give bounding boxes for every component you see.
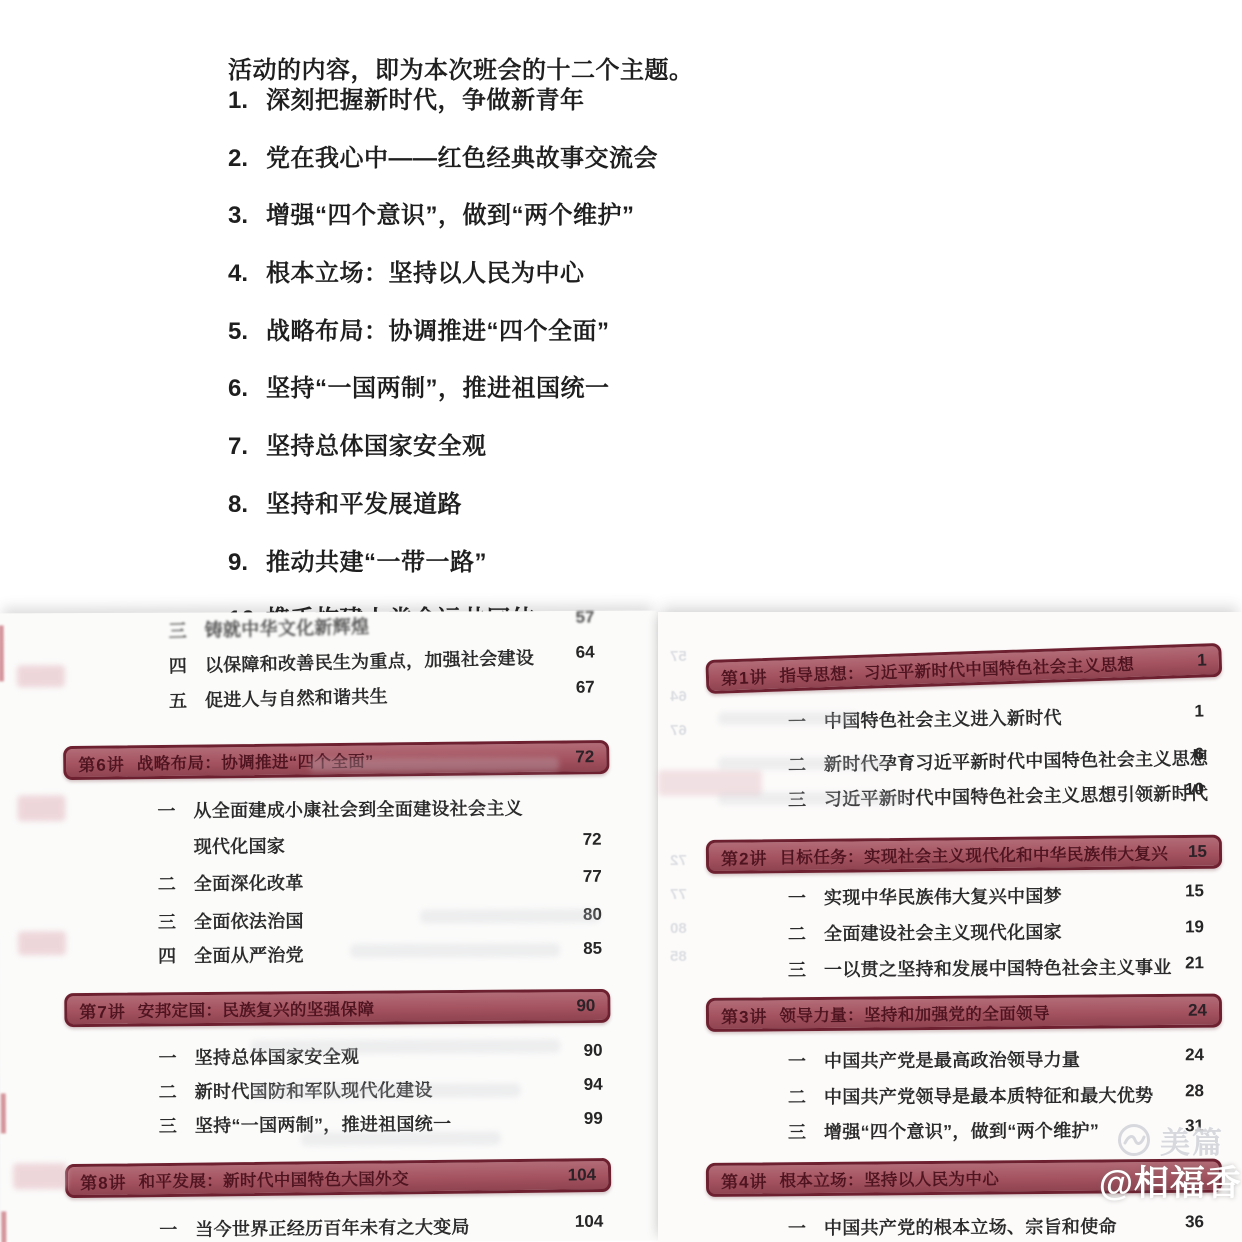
section-title: 和平发展：新时代中国特色大国外交 bbox=[138, 1165, 409, 1192]
smudge bbox=[420, 909, 600, 924]
entry-page-number: 72 bbox=[583, 830, 602, 850]
smudge bbox=[350, 943, 560, 958]
topic-text: 深刻把握新时代，争做新青年 bbox=[266, 86, 585, 116]
topic-number: 2. bbox=[228, 144, 266, 174]
topic-row: 5.战略布局：协调推进“四个全面” bbox=[0, 317, 1242, 375]
topic-number: 3. bbox=[228, 201, 266, 231]
topic-row: 8.坚持和平发展道路 bbox=[0, 490, 1242, 548]
entry-text: 中国共产党领导是最本质特征和最大优势 bbox=[824, 1081, 1154, 1109]
bleed-number: 77 bbox=[670, 886, 687, 903]
toc-entry-row: 三一以贯之坚持和发展中国特色社会主义事业21 bbox=[658, 953, 1242, 987]
pink-bleed-band bbox=[13, 1163, 67, 1189]
entry-page-number: 15 bbox=[1185, 881, 1204, 901]
toc-entry-row: 一中国共产党的根本立场、宗旨和使命36 bbox=[658, 1212, 1242, 1242]
toc-entry-row: 现代化国家72 bbox=[0, 829, 658, 864]
section-page-number: 24 bbox=[1188, 1001, 1207, 1021]
section-page-number: 72 bbox=[575, 747, 594, 767]
entry-text: 全面建设社会主义现代化国家 bbox=[824, 918, 1062, 946]
toc-entry-row: 一中国共产党是最高政治领导力量24 bbox=[658, 1045, 1242, 1078]
entry-page-number: 21 bbox=[1185, 953, 1204, 973]
toc-section-band: 第7讲安邦定国：民族复兴的坚强保障90 bbox=[64, 989, 610, 1027]
entry-text: 全面依法治国 bbox=[194, 907, 304, 934]
intro-text: 活动的内容，即为本次班会的十二个主题。 bbox=[228, 50, 694, 85]
entry-index: 二 bbox=[159, 1078, 177, 1104]
pink-bleed-band bbox=[18, 931, 66, 955]
topic-row: 7.坚持总体国家安全观 bbox=[0, 432, 1242, 490]
entry-text: 现代化国家 bbox=[194, 832, 286, 859]
entry-text: 以保障和改善民生为重点，加强社会建设 bbox=[204, 644, 534, 678]
entry-text: 促进人与自然和谐共生 bbox=[205, 682, 389, 712]
topic-text: 根本立场：坚持以人民为中心 bbox=[266, 259, 585, 289]
section-title: 领导力量：坚持和加强党的全面领导 bbox=[779, 1000, 1050, 1026]
topic-number: 7. bbox=[228, 432, 266, 462]
entry-index: 四 bbox=[158, 942, 176, 968]
topic-text: 增强“四个意识”，做到“两个维护” bbox=[266, 201, 635, 231]
entry-index: 三 bbox=[788, 1118, 806, 1144]
entry-index: 二 bbox=[788, 1083, 806, 1109]
topic-number: 9. bbox=[228, 548, 266, 578]
topic-row: 3.增强“四个意识”，做到“两个维护” bbox=[0, 201, 1242, 259]
entry-page-number: 57 bbox=[575, 607, 594, 627]
entry-text: 一以贯之坚持和发展中国特色社会主义事业 bbox=[824, 953, 1172, 981]
meipian-logo-icon bbox=[1116, 1122, 1152, 1158]
topic-text: 坚持总体国家安全观 bbox=[266, 432, 487, 462]
toc-section-band: 第3讲领导力量：坚持和加强党的全面领导24 bbox=[706, 993, 1222, 1032]
section-badge: 第8讲 bbox=[80, 1168, 127, 1194]
topic-number: 5. bbox=[228, 317, 266, 347]
edge-mark bbox=[0, 625, 4, 681]
entry-index: 四 bbox=[168, 652, 187, 678]
topic-number: 4. bbox=[228, 259, 266, 289]
smudge bbox=[301, 1131, 501, 1146]
author-watermark: @相福香 bbox=[1099, 1156, 1242, 1206]
entry-page-number: 19 bbox=[1185, 917, 1204, 937]
smudge bbox=[718, 757, 888, 770]
section-title: 根本立场：坚持以人民为中心 bbox=[779, 1165, 999, 1191]
topic-number: 6. bbox=[228, 374, 266, 404]
section-badge: 第3讲 bbox=[721, 1002, 768, 1027]
pink-bleed-band bbox=[17, 795, 65, 821]
entry-index: 一 bbox=[158, 1044, 176, 1070]
topic-text: 坚持“一国两制”，推进祖国统一 bbox=[266, 374, 610, 404]
toc-entry-row: 一从全面建成小康社会到全面建设社会主义 bbox=[0, 793, 658, 828]
topic-number: 8. bbox=[228, 490, 266, 520]
entry-text: 铸就中华文化新辉煌 bbox=[204, 613, 369, 643]
entry-index: 一 bbox=[788, 884, 806, 910]
topic-text: 战略布局：协调推进“四个全面” bbox=[266, 317, 610, 347]
entry-text: 中国共产党的根本立场、宗旨和使命 bbox=[824, 1213, 1117, 1241]
section-title: 安邦定国：民族复兴的坚强保障 bbox=[138, 996, 375, 1022]
smudge bbox=[718, 712, 858, 725]
entry-page-number: 28 bbox=[1185, 1081, 1204, 1101]
topic-row: 4.根本立场：坚持以人民为中心 bbox=[0, 259, 1242, 317]
topic-text: 坚持和平发展道路 bbox=[266, 490, 462, 520]
section-badge: 第4讲 bbox=[721, 1167, 768, 1192]
section-badge: 第2讲 bbox=[721, 844, 768, 869]
entry-page-number: 104 bbox=[575, 1212, 604, 1232]
entry-index: 三 bbox=[168, 617, 187, 643]
smudge bbox=[250, 1039, 560, 1054]
entry-text: 增强“四个意识”，做到“两个维护” bbox=[824, 1117, 1099, 1144]
bleed-number: 67 bbox=[670, 722, 687, 739]
entry-index: 一 bbox=[159, 1216, 177, 1242]
entry-page-number: 36 bbox=[1185, 1212, 1204, 1232]
section-page-number: 15 bbox=[1188, 842, 1207, 862]
topic-list: 1.深刻把握新时代，争做新青年2.党在我心中——红色经典故事交流会3.增强“四个… bbox=[0, 86, 1242, 663]
section-badge: 第1讲 bbox=[721, 662, 768, 689]
bleed-number: 72 bbox=[670, 852, 687, 869]
section-page-number: 1 bbox=[1197, 650, 1207, 670]
section-title: 指导思想：习近平新时代中国特色社会主义思想 bbox=[779, 651, 1135, 687]
topic-row: 2.党在我心中——红色经典故事交流会 bbox=[0, 144, 1242, 202]
entry-page-number: 94 bbox=[584, 1075, 603, 1095]
entry-page-number: 10 bbox=[1185, 779, 1204, 799]
smudge bbox=[718, 792, 908, 805]
toc-entry-row: 四全面从严治党85 bbox=[0, 938, 658, 973]
toc-entry-row: 二中国共产党领导是最本质特征和最大优势28 bbox=[658, 1081, 1242, 1114]
edge-mark bbox=[1, 1211, 6, 1242]
document-photo: 活动的内容，即为本次班会的十二个主题。 1.深刻把握新时代，争做新青年2.党在我… bbox=[0, 0, 1242, 1242]
entry-text: 实现中华民族伟大复兴中国梦 bbox=[824, 882, 1062, 910]
entry-index: 一 bbox=[157, 797, 175, 823]
entry-page-number: 99 bbox=[584, 1109, 603, 1129]
entry-page-number: 6 bbox=[1194, 744, 1204, 764]
entry-page-number: 1 bbox=[1194, 701, 1204, 721]
section-page-number: 90 bbox=[576, 996, 595, 1016]
bleed-number: 57 bbox=[670, 648, 687, 665]
entry-page-number: 77 bbox=[583, 867, 602, 887]
entry-page-number: 85 bbox=[583, 939, 602, 959]
entry-index: 一 bbox=[788, 1047, 806, 1073]
entry-page-number: 24 bbox=[1185, 1045, 1204, 1065]
entry-index: 三 bbox=[158, 908, 176, 934]
topic-text: 党在我心中——红色经典故事交流会 bbox=[266, 144, 658, 174]
edge-mark bbox=[1, 1093, 6, 1133]
entry-index: 一 bbox=[788, 1214, 806, 1240]
smudge bbox=[309, 757, 559, 772]
topic-number: 1. bbox=[228, 86, 266, 116]
entry-text: 中国共产党是最高政治领导力量 bbox=[824, 1046, 1080, 1073]
toc-entry-row: 一当今世界正经历百年未有之大变局104 bbox=[1, 1211, 659, 1242]
left-toc-page: 三铸就中华文化新辉煌57四以保障和改善民生为重点，加强社会建设64五促进人与自然… bbox=[0, 611, 659, 1242]
smudge bbox=[251, 1083, 521, 1098]
entry-index: 三 bbox=[159, 1112, 177, 1138]
entry-text: 当今世界正经历百年未有之大变局 bbox=[195, 1213, 470, 1242]
toc-entry-row: 一实现中华民族伟大复兴中国梦15 bbox=[658, 881, 1242, 915]
entry-text: 中国特色社会主义进入新时代 bbox=[824, 704, 1062, 734]
entry-text: 从全面建成小康社会到全面建设社会主义 bbox=[193, 794, 523, 823]
bleed-number: 64 bbox=[670, 688, 687, 705]
section-title: 目标任务：实现社会主义现代化和中华民族伟大复兴 bbox=[779, 840, 1168, 868]
entry-text: 全面从严治党 bbox=[194, 941, 304, 968]
entry-text: 全面深化改革 bbox=[194, 869, 304, 896]
section-page-number: 104 bbox=[568, 1165, 597, 1185]
section-badge: 第7讲 bbox=[79, 997, 126, 1022]
entry-page-number: 67 bbox=[576, 677, 595, 697]
entry-index: 二 bbox=[158, 870, 176, 896]
pink-bleed-band bbox=[17, 665, 65, 687]
bleed-number: 80 bbox=[670, 920, 687, 937]
entry-index: 三 bbox=[788, 956, 806, 982]
toc-entry-row: 二全面建设社会主义现代化国家19 bbox=[658, 917, 1242, 951]
toc-section-band: 第8讲和平发展：新时代中国特色大国外交104 bbox=[65, 1158, 611, 1198]
entry-page-number: 90 bbox=[584, 1041, 603, 1061]
entry-index: 二 bbox=[788, 920, 806, 946]
topic-row: 1.深刻把握新时代，争做新青年 bbox=[0, 86, 1242, 144]
entry-page-number: 64 bbox=[575, 642, 594, 662]
toc-section-band: 第2讲目标任务：实现社会主义现代化和中华民族伟大复兴15 bbox=[706, 835, 1222, 874]
topic-row: 9.推动共建“一带一路” bbox=[0, 548, 1242, 606]
toc-entry-row: 二全面深化改革77 bbox=[0, 866, 658, 901]
topic-text: 推动共建“一带一路” bbox=[266, 548, 487, 578]
bleed-number: 85 bbox=[670, 948, 687, 965]
entry-index: 五 bbox=[169, 687, 188, 713]
toc-section-band: 第1讲指导思想：习近平新时代中国特色社会主义思想1 bbox=[705, 643, 1222, 694]
topic-row: 6.坚持“一国两制”，推进祖国统一 bbox=[0, 374, 1242, 432]
section-badge: 第6讲 bbox=[78, 750, 125, 776]
